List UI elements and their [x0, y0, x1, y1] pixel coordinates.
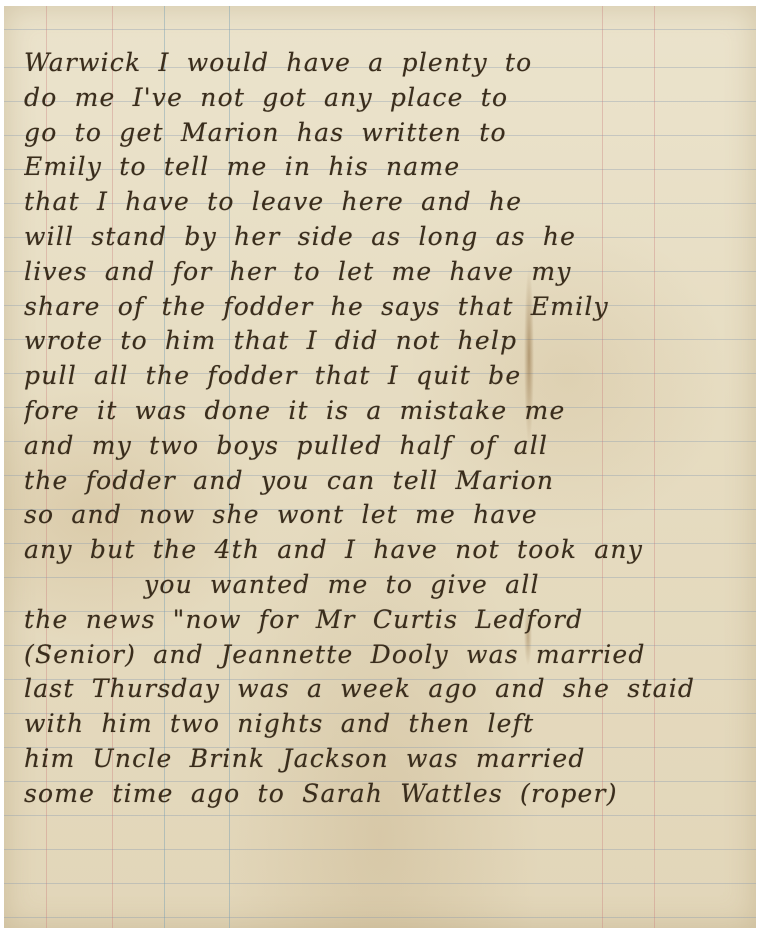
text-line: with him two nights and then left: [24, 707, 749, 742]
text-line: fore it was done it is a mistake me: [24, 394, 749, 429]
text-line: last Thursday was a week ago and she sta…: [24, 672, 749, 707]
text-line: the news "now for Mr Curtis Ledford: [24, 603, 749, 638]
text-line: him Uncle Brink Jackson was married: [24, 742, 749, 777]
text-line: pull all the fodder that I quit be: [24, 359, 749, 394]
text-line: wrote to him that I did not help: [24, 324, 749, 359]
text-line: any but the 4th and I have not took any: [24, 533, 749, 568]
text-line: and my two boys pulled half of all: [24, 429, 749, 464]
text-line: some time ago to Sarah Wattles (roper): [24, 777, 749, 812]
letter-page: Warwick I would have a plenty to do me I…: [4, 6, 756, 928]
text-line: you wanted me to give all: [24, 568, 749, 603]
text-line: so and now she wont let me have: [24, 498, 749, 533]
text-line: Emily to tell me in his name: [24, 150, 749, 185]
text-line: share of the fodder he says that Emily: [24, 290, 749, 325]
text-line: will stand by her side as long as he: [24, 220, 749, 255]
text-line: lives and for her to let me have my: [24, 255, 749, 290]
text-line: go to get Marion has written to: [24, 116, 749, 151]
text-line: that I have to leave here and he: [24, 185, 749, 220]
text-line: the fodder and you can tell Marion: [24, 464, 749, 499]
text-line: do me I've not got any place to: [24, 81, 749, 116]
text-line: (Senior) and Jeannette Dooly was married: [24, 638, 749, 673]
text-line: Warwick I would have a plenty to: [24, 46, 749, 81]
handwritten-text: Warwick I would have a plenty to do me I…: [24, 46, 749, 812]
